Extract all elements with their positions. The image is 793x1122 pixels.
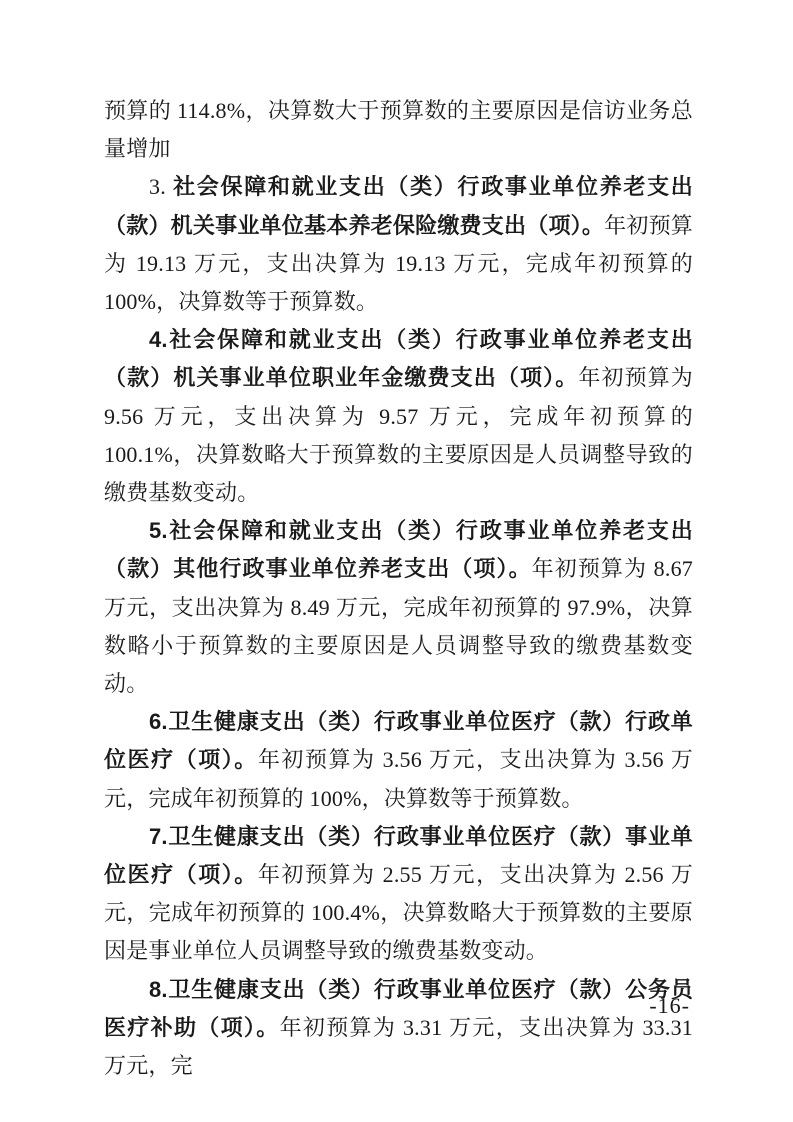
paragraph: 预算的 114.8%，决算数大于预算数的主要原因是信访业务总量增加	[104, 92, 693, 168]
paragraph: 4.社会保障和就业支出（类）行政事业单位养老支出（款）机关事业单位职业年金缴费支…	[104, 321, 693, 512]
paragraph: 8.卫生健康支出（类）行政事业单位医疗（款）公务员医疗补助（项）。年初预算为 3…	[104, 971, 693, 1086]
paragraph: 7.卫生健康支出（类）行政事业单位医疗（款）事业单位医疗（项）。年初预算为 2.…	[104, 818, 693, 971]
content-area: 预算的 114.8%，决算数大于预算数的主要原因是信访业务总量增加3. 社会保障…	[104, 92, 693, 1085]
page-number: -16-	[649, 994, 690, 1018]
paragraph: 5.社会保障和就业支出（类）行政事业单位养老支出（款）其他行政事业单位养老支出（…	[104, 512, 693, 703]
paragraph: 3. 社会保障和就业支出（类）行政事业单位养老支出（款）机关事业单位基本养老保险…	[104, 168, 693, 321]
body-text-segment: 预算的 114.8%，决算数大于预算数的主要原因是信访业务总量增加	[104, 98, 693, 161]
body-text-segment: 3.	[149, 174, 173, 199]
paragraph: 6.卫生健康支出（类）行政事业单位医疗（款）行政单位医疗（项）。年初预算为 3.…	[104, 703, 693, 818]
document-page: 预算的 114.8%，决算数大于预算数的主要原因是信访业务总量增加3. 社会保障…	[0, 0, 793, 1122]
